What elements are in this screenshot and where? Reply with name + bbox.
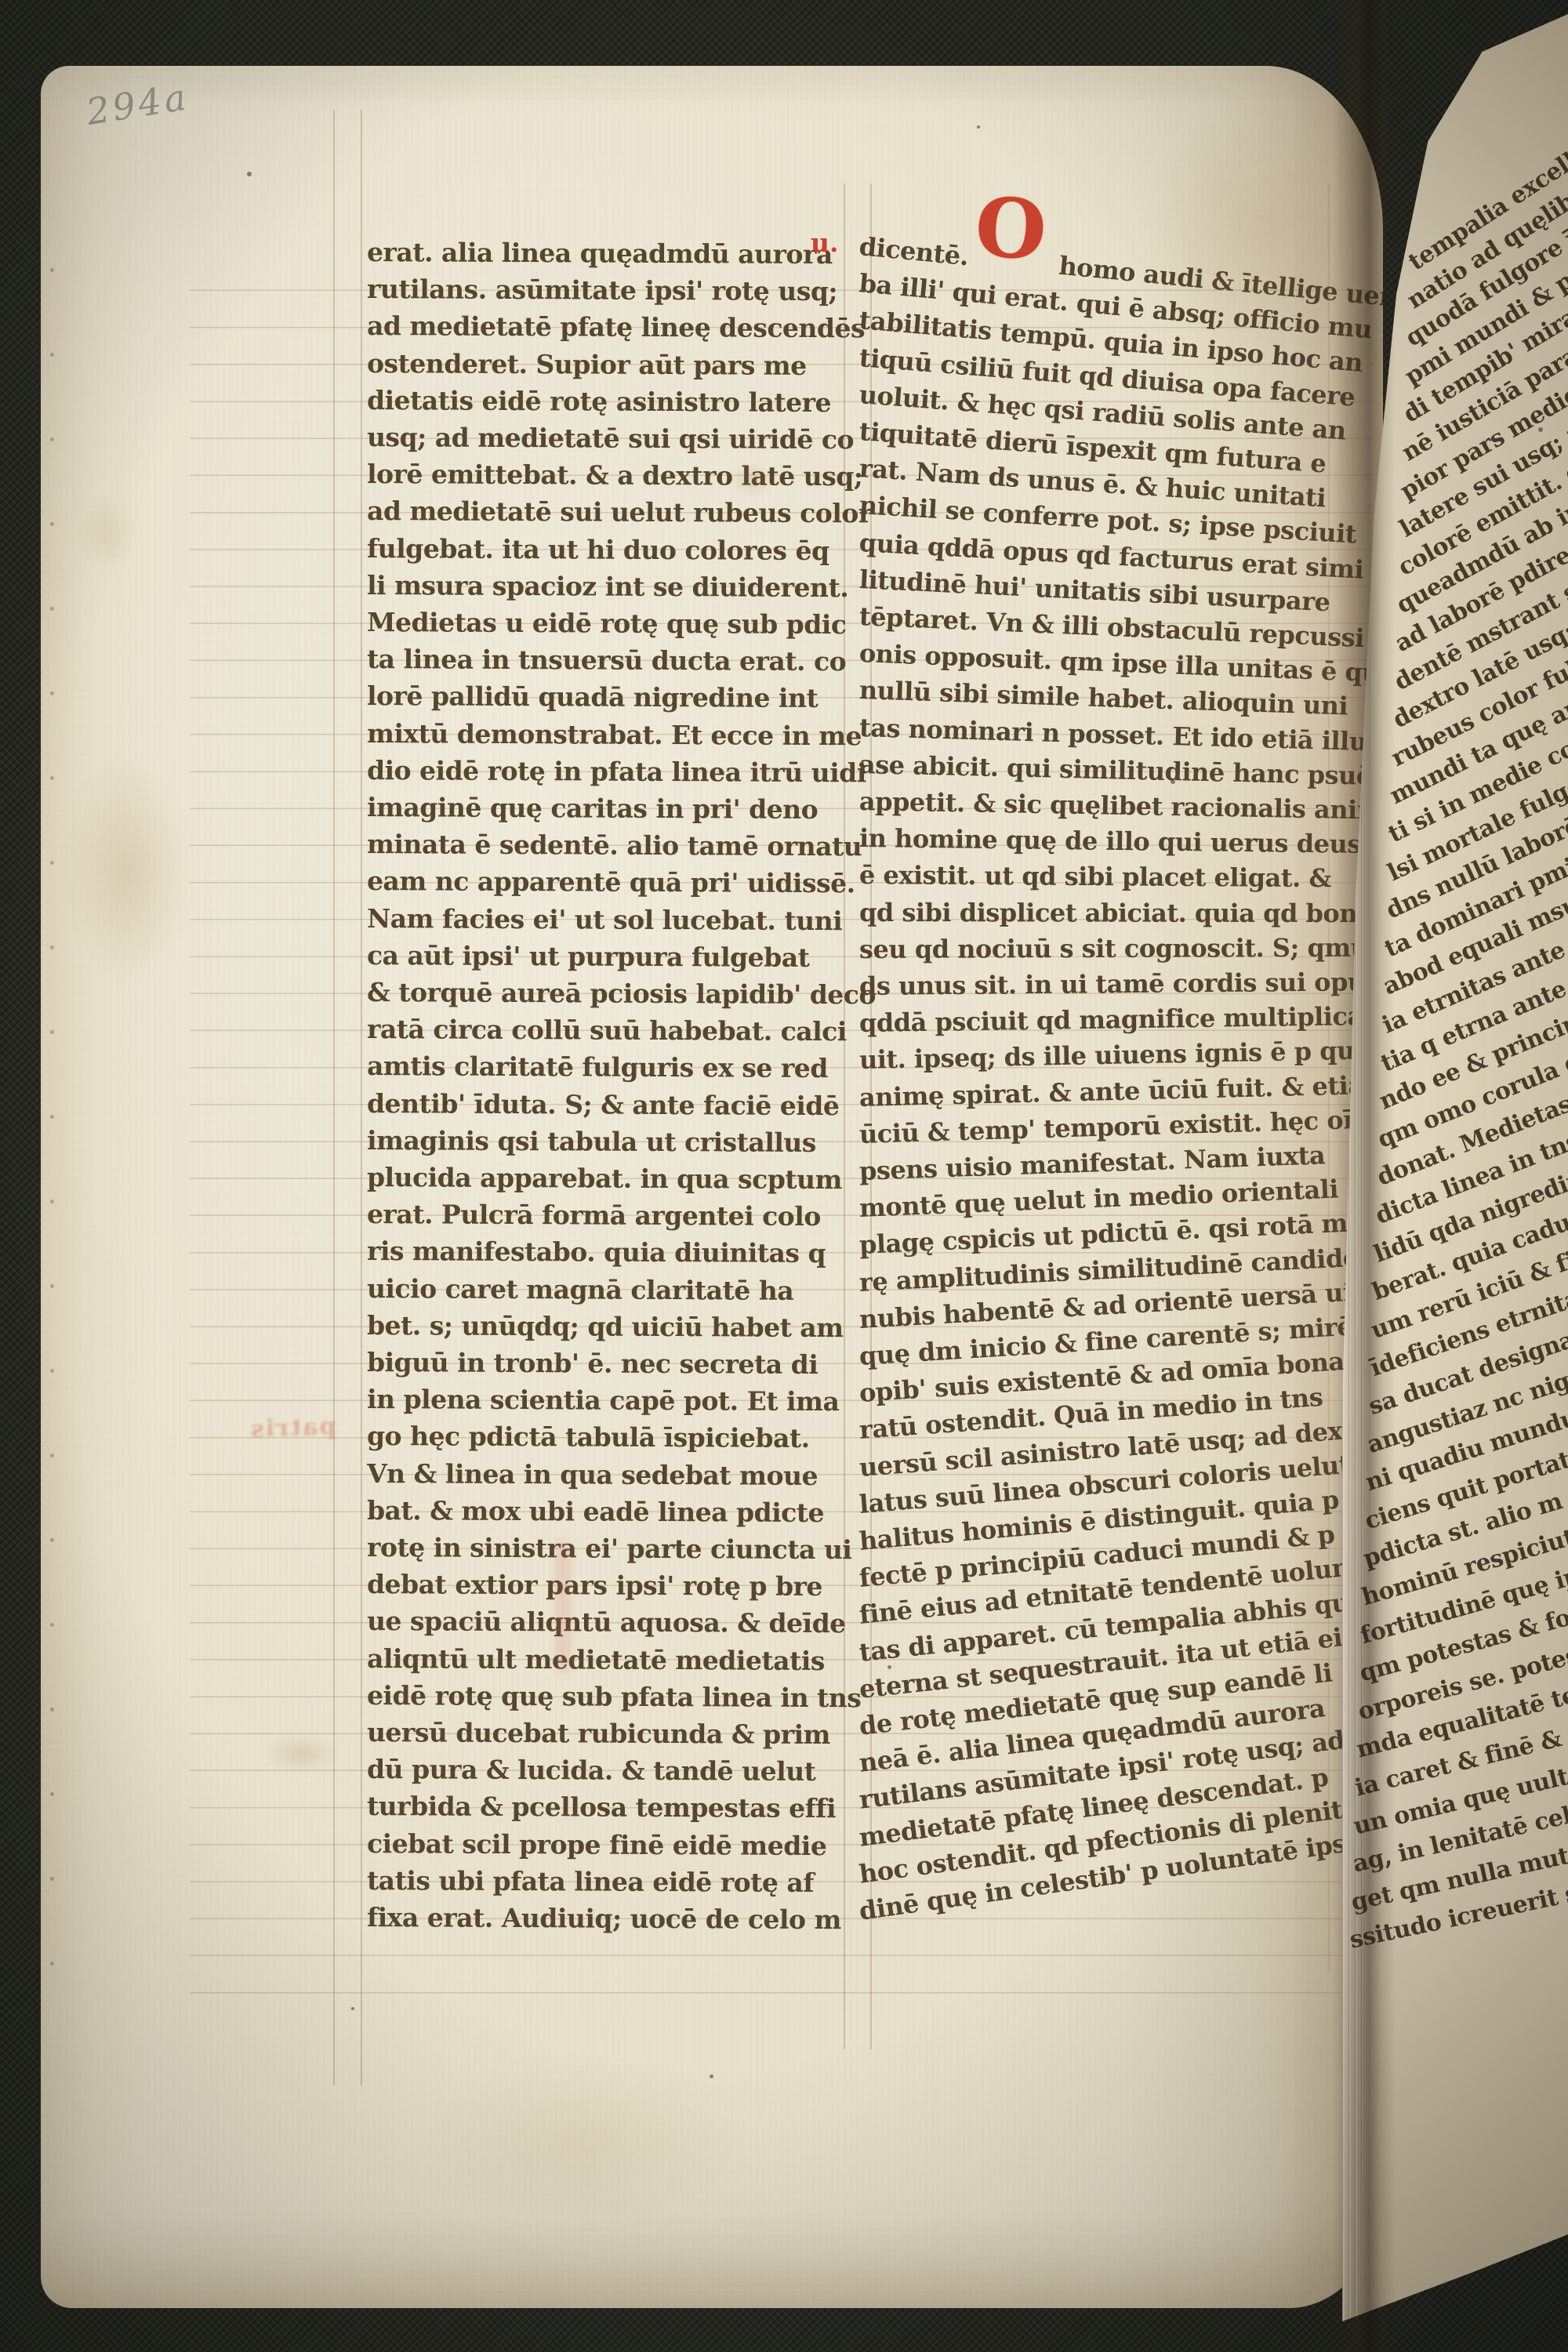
text-line: uersū ducebat rubicunda & prim xyxy=(367,1717,830,1750)
speck xyxy=(351,2007,354,2010)
text-line: eam nc apparentē quā pri' uidissē. xyxy=(367,866,855,898)
text-line: in homine quę de illo qui uerus deus xyxy=(859,823,1361,859)
vertical-ruling-left-inner xyxy=(361,110,362,2085)
pricking-dot xyxy=(50,1962,54,1965)
margin-stain-small xyxy=(76,493,139,572)
text-line: ciebat scil prope finē eidē medie xyxy=(367,1828,827,1861)
pricking-dot xyxy=(50,861,54,865)
text-line: dietatis eidē rotę asinistro latere xyxy=(367,385,831,418)
text-line: dentib' īduta. S; & ante faciē eidē xyxy=(367,1088,840,1121)
margin-stain-large xyxy=(64,756,190,983)
text-line: ad medietatē pfatę lineę descendēs xyxy=(367,310,865,343)
speck xyxy=(977,125,980,129)
text-line: in plena scientia capē pot. Et ima xyxy=(367,1384,840,1417)
text-line: aliqntū ult medietatē medietatis xyxy=(367,1643,825,1676)
text-line: erat. Pulcrā formā argentei colo xyxy=(367,1199,821,1232)
manuscript-photo: 294a erat. alia linea quęadmdū aurorarut… xyxy=(0,0,1568,2352)
bottom-yellowing xyxy=(417,2057,746,2230)
pricking-dot xyxy=(50,1538,54,1542)
text-line: bet. s; unūqdq; qd uiciū habet am xyxy=(367,1310,844,1343)
text-line: rutilans. asūmitate ipsi' rotę usq; xyxy=(367,274,837,307)
pricking-dot xyxy=(50,1115,54,1119)
vertical-ruling-left-outer xyxy=(333,110,335,2085)
speck xyxy=(247,172,252,176)
pricking-dot xyxy=(50,1792,54,1796)
text-line: ris manifestabo. quia diuinitas q xyxy=(367,1236,826,1269)
text-line: lorē emittebat. & a dextro latē usq; xyxy=(367,459,863,492)
text-line: qd sibi displicet abiciat. quia qd bonū xyxy=(859,898,1375,928)
pricking-dot xyxy=(50,1877,54,1881)
pricking-dot xyxy=(50,1454,54,1457)
pricking-dot xyxy=(50,691,54,695)
text-line: rotę in sinistra ei' parte ciuncta ui xyxy=(367,1532,852,1565)
pricking-dot xyxy=(50,607,54,611)
text-line: uicio caret magnā claritatē ha xyxy=(367,1273,793,1306)
text-line: Vn & linea in qua sedebat moue xyxy=(367,1458,818,1491)
text-line: ostenderet. Supior aūt pars me xyxy=(367,348,807,381)
rubric-line-end-mark: u. xyxy=(811,227,838,258)
text-line: li msura spacioz int se diuiderent. xyxy=(367,570,849,603)
text-line: tatis ubi pfata linea eidē rotę af xyxy=(367,1865,814,1898)
text-line: ē existit. ut qd sibi placet eligat. & xyxy=(859,860,1331,893)
text-line: mixtū demonstrabat. Et ecce in me xyxy=(367,718,862,751)
pricking-dot xyxy=(50,1708,54,1711)
text-line: ue spaciū aliqntū aquosa. & deīde xyxy=(367,1606,846,1639)
pricking-dot xyxy=(50,1284,54,1288)
text-line: uit. ipseq; ds ille uiuens ignis ē p quē xyxy=(859,1036,1370,1076)
pricking-dot xyxy=(50,946,54,949)
pricking-dot xyxy=(50,353,54,357)
text-line: usq; ad medietatē sui qsi uiridē co xyxy=(367,422,854,455)
text-line: dū pura & lucida. & tandē uelut xyxy=(367,1754,816,1787)
text-line: ca aūt ipsi' ut purpura fulgebat xyxy=(367,940,810,973)
speck xyxy=(1405,74,1409,78)
text-line: lorē pallidū quadā nigredine int xyxy=(367,681,818,713)
text-line: eidē rotę quę sub pfata linea in tns xyxy=(367,1680,862,1713)
manuscript-page: 294a erat. alia linea quęadmdū aurorarut… xyxy=(41,66,1383,2308)
text-line: plucida apparebat. in qua scptum xyxy=(367,1162,842,1195)
text-line: ratā circa collū suū habebat. calci xyxy=(367,1014,847,1047)
text-line: imaginis qsi tabula ut cristallus xyxy=(367,1125,816,1158)
text-line: seu qd nociuū s sit cognoscit. S; qmuis xyxy=(859,932,1383,964)
pricking-dot xyxy=(50,776,54,780)
pricking-dot xyxy=(50,1623,54,1627)
text-line: Nam facies ei' ut sol lucebat. tuni xyxy=(367,903,842,936)
rubric-initial-O: O xyxy=(972,186,1049,272)
text-line: appetit. & sic quęlibet racionalis anima xyxy=(859,786,1383,826)
text-line: Medietas u eidē rotę quę sub pdic xyxy=(367,607,847,640)
speck xyxy=(887,1665,891,1669)
folio-number-pencil: 294a xyxy=(84,75,192,133)
text-line: ds unus sit. in ui tamē cordis sui opus xyxy=(859,967,1379,1001)
text-line: debat extior pars ipsi' rotę p bre xyxy=(367,1569,822,1602)
red-rubric-offset-showthrough: patris xyxy=(249,1413,336,1443)
brown-margin-smudge xyxy=(263,1736,339,1772)
text-line: dio eidē rotę in pfata linea itrū uidi xyxy=(367,755,866,788)
pricking-dot xyxy=(50,1369,54,1373)
pricking-dot xyxy=(50,522,54,526)
text-line: amtis claritatē fulguris ex se red xyxy=(367,1051,828,1083)
text-line: & torquē aureā pciosis lapidib' deco xyxy=(367,977,876,1010)
pricking-dot xyxy=(50,1030,54,1034)
text-line: go hęc pdictā tabulā īspiciebat. xyxy=(367,1421,810,1454)
text-line: turbida & pcellosa tempestas effi xyxy=(367,1791,836,1824)
text-line: erat. alia linea quęadmdū aurora xyxy=(367,237,833,270)
text-line: ad medietatē sui uelut rubeus color xyxy=(367,495,872,528)
text-line: fulgebat. ita ut hi duo colores ēq xyxy=(367,533,829,566)
text-line: minata ē sedentē. alio tamē ornatu xyxy=(367,829,862,862)
text-line: ta linea in tnsuersū ducta erat. co xyxy=(367,644,846,677)
speck xyxy=(710,2074,713,2078)
text-line: biguū in tronb' ē. nec secreta di xyxy=(367,1347,818,1380)
text-line: qddā psciuit qd magnifice multiplica xyxy=(859,1001,1363,1038)
pricking-dot xyxy=(50,1200,54,1203)
text-line: ase abicit. qui similitudinē hanc psuē xyxy=(859,750,1373,791)
pricking-dot xyxy=(50,437,54,441)
pricking-dot xyxy=(50,268,54,272)
text-line: imaginē quę caritas in pri' deno xyxy=(367,792,818,825)
text-line: fixa erat. Audiuiq; uocē de celo m xyxy=(367,1902,841,1935)
text-line: animę spirat. & ante ūciū fuit. & etiā xyxy=(859,1070,1364,1112)
text-line: bat. & mox ubi eadē linea pdicte xyxy=(367,1495,824,1528)
